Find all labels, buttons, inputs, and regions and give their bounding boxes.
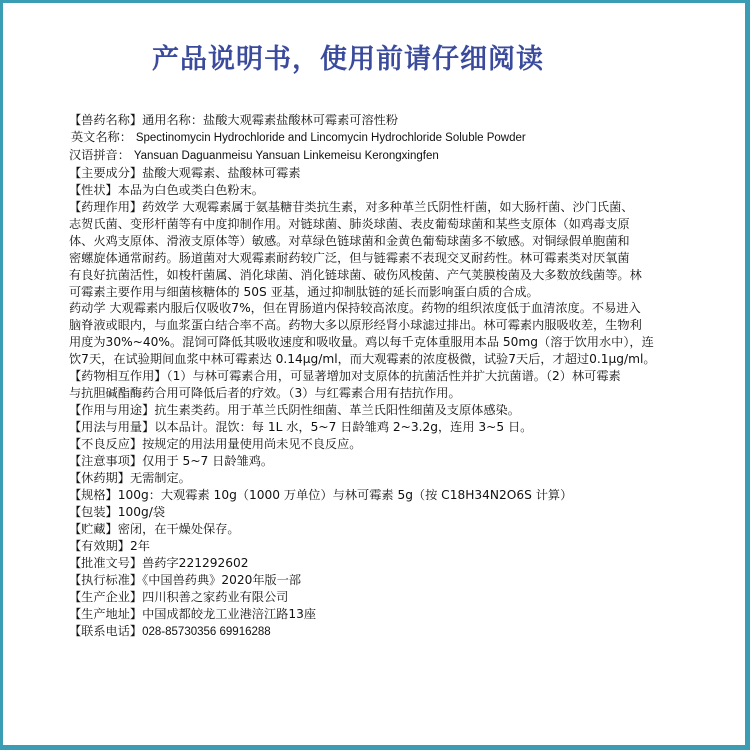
label-approval-number: 【批准文号】 bbox=[69, 556, 142, 570]
appearance: 本品为白色或类白色粉末。 bbox=[118, 183, 264, 197]
ingredients: 盐酸大观霉素、盐酸林可霉素 bbox=[142, 166, 300, 180]
pharmacology-line: 密螺旋体通常耐药。肠道菌对大观霉素耐药较广泛，但与链霉素不表现交叉耐药性。林可霉… bbox=[69, 250, 737, 267]
section-pharmacology: 【药理作用】药效学 大观霉素属于氨基糖苷类抗生素，对多种革兰氏阴性杆菌，如大肠杆… bbox=[69, 199, 737, 369]
section-pinyin-name: 汉语拼音： Yansuan Daguanmeisu Yansuan Linkem… bbox=[69, 147, 737, 165]
interaction-line: 与抗胆碱酯酶药合用可降低后者的疗效。（3）与红霉素合用有拮抗作用。 bbox=[69, 385, 737, 402]
section-adverse-reactions: 【不良反应】按规定的用法用量使用尚未见不良反应。 bbox=[69, 436, 737, 453]
section-storage: 【贮藏】密闭，在干燥处保存。 bbox=[69, 521, 737, 538]
section-specification: 【规格】100g：大观霉素 10g（1000 万单位）与林可霉素 5g（按 C1… bbox=[69, 487, 737, 504]
pharmacokinetics-line: 饮7天，在试验期间血浆中林可霉素达 0.14μg/ml，而大观霉素的浓度极微，试… bbox=[69, 351, 737, 368]
manufacturer: 四川积善之家药业有限公司 bbox=[142, 590, 288, 604]
pinyin-name: Yansuan Daguanmeisu Yansuan Linkemeisu K… bbox=[134, 150, 439, 162]
phone: 028-85730356 69916288 bbox=[142, 626, 271, 638]
english-name: Spectinomycin Hydrochloride and Lincomyc… bbox=[136, 132, 526, 144]
adverse-reactions: 按规定的用法用量使用尚未见不良反应。 bbox=[142, 437, 361, 451]
expiry: 2年 bbox=[130, 539, 150, 553]
pharmacokinetics-line: 脑脊液或眼内，与血浆蛋白结合率不高。药物大多以原形经肾小球滤过排出。林可霉素内服… bbox=[69, 317, 737, 334]
section-appearance: 【性状】本品为白色或类白色粉末。 bbox=[69, 182, 737, 199]
label-specification: 【规格】 bbox=[69, 488, 118, 502]
label-ingredients: 【主要成分】 bbox=[69, 166, 142, 180]
section-address: 【生产地址】中国成都皎龙工业港涪江路13座 bbox=[69, 606, 737, 623]
storage: 密闭，在干燥处保存。 bbox=[118, 522, 240, 536]
pharmacology-line: 药效学 大观霉素属于氨基糖苷类抗生素，对多种革兰氏阴性杆菌，如大肠杆菌、沙门氏菌… bbox=[142, 200, 633, 214]
label-pinyin-name: 汉语拼音： bbox=[69, 148, 130, 162]
section-approval-number: 【批准文号】兽药字221292602 bbox=[69, 555, 737, 572]
section-interactions: 【药物相互作用】（1）与林可霉素合用，可显著增加对支原体的抗菌活性并扩大抗菌谱。… bbox=[69, 368, 737, 402]
section-precautions: 【注意事项】仅用于 5~7 日龄雏鸡。 bbox=[69, 453, 737, 470]
label-storage: 【贮藏】 bbox=[69, 522, 118, 536]
generic-name: 通用名称：盐酸大观霉素盐酸林可霉素可溶性粉 bbox=[142, 113, 398, 127]
pharmacology-line: 有良好抗菌活性，如梭杆菌属、消化球菌、消化链球菌、破伤风梭菌、产气荚膜梭菌及大多… bbox=[69, 267, 737, 284]
section-dosage: 【用法与用量】以本品计。混饮：每 1L 水，5~7 日龄雏鸡 2~3.2g，连用… bbox=[69, 419, 737, 436]
label-precautions: 【注意事项】 bbox=[69, 454, 142, 468]
document-frame: 产品说明书，使用前请仔细阅读 【兽药名称】通用名称：盐酸大观霉素盐酸林可霉素可溶… bbox=[0, 0, 750, 750]
pharmacology-line: 体、火鸡支原体、滑液支原体等）敏感。对草绿色链球菌和金黄色葡萄球菌多不敏感。对铜… bbox=[69, 233, 737, 250]
label-drug-name: 【兽药名称】 bbox=[69, 113, 142, 127]
pharmacokinetics-line: 药动学 大观霉素内服后仅吸收7%，但在胃肠道内保持较高浓度。药物的组织浓度低于血… bbox=[69, 300, 737, 317]
instruction-body: 【兽药名称】通用名称：盐酸大观霉素盐酸林可霉素可溶性粉 英文名称： Specti… bbox=[69, 112, 737, 641]
section-ingredients: 【主要成分】盐酸大观霉素、盐酸林可霉素 bbox=[69, 165, 737, 182]
label-package: 【包装】 bbox=[69, 505, 118, 519]
dosage: 以本品计。混饮：每 1L 水，5~7 日龄雏鸡 2~3.2g，连用 3~5 日。 bbox=[154, 420, 532, 434]
section-manufacturer: 【生产企业】四川积善之家药业有限公司 bbox=[69, 589, 737, 606]
label-standard: 【执行标准】 bbox=[69, 573, 142, 587]
label-adverse-reactions: 【不良反应】 bbox=[69, 437, 142, 451]
indication: 抗生素类药。用于革兰氏阴性细菌、革兰氏阳性细菌及支原体感染。 bbox=[154, 403, 520, 417]
approval-number: 兽药字221292602 bbox=[142, 556, 248, 570]
page-title: 产品说明书，使用前请仔细阅读 bbox=[3, 37, 750, 76]
label-english-name: 英文名称： bbox=[71, 130, 132, 144]
pharmacokinetics-line: 用度为30%~40%。混饲可降低其吸收速度和吸收量。鸡以每千克体重服用本品 50… bbox=[69, 334, 737, 351]
label-appearance: 【性状】 bbox=[69, 183, 118, 197]
label-pharmacology: 【药理作用】 bbox=[69, 200, 142, 214]
pharmacology-line: 志贺氏菌、变形杆菌等有中度抑制作用。对链球菌、肺炎球菌、表皮葡萄球菌和某些支原体… bbox=[69, 216, 737, 233]
label-manufacturer: 【生产企业】 bbox=[69, 590, 142, 604]
label-interactions: 【药物相互作用】 bbox=[69, 369, 167, 383]
label-address: 【生产地址】 bbox=[69, 607, 142, 621]
label-indication: 【作用与用途】 bbox=[69, 403, 154, 417]
section-expiry: 【有效期】2年 bbox=[69, 538, 737, 555]
section-package: 【包装】100g/袋 bbox=[69, 504, 737, 521]
label-expiry: 【有效期】 bbox=[69, 539, 130, 553]
section-drug-name: 【兽药名称】通用名称：盐酸大观霉素盐酸林可霉素可溶性粉 bbox=[69, 112, 737, 129]
precautions: 仅用于 5~7 日龄雏鸡。 bbox=[142, 454, 273, 468]
section-indication: 【作用与用途】抗生素类药。用于革兰氏阴性细菌、革兰氏阳性细菌及支原体感染。 bbox=[69, 402, 737, 419]
address: 中国成都皎龙工业港涪江路13座 bbox=[142, 607, 316, 621]
label-phone: 【联系电话】 bbox=[69, 624, 142, 638]
section-english-name: 英文名称： Spectinomycin Hydrochloride and Li… bbox=[69, 129, 737, 147]
pharmacology-line: 可霉素主要作用与细菌核糖体的 50S 亚基，通过抑制肽链的延长而影响蛋白质的合成… bbox=[69, 284, 737, 301]
standard: 《中国兽药典》2020年版一部 bbox=[142, 573, 301, 587]
withdrawal: 无需制定。 bbox=[130, 471, 191, 485]
label-dosage: 【用法与用量】 bbox=[69, 420, 154, 434]
label-withdrawal: 【休药期】 bbox=[69, 471, 130, 485]
package: 100g/袋 bbox=[118, 505, 165, 519]
specification: 100g：大观霉素 10g（1000 万单位）与林可霉素 5g（按 C18H34… bbox=[118, 488, 573, 502]
interaction-line: （1）与林可霉素合用，可显著增加对支原体的抗菌活性并扩大抗菌谱。（2）林可霉素 bbox=[167, 369, 621, 383]
section-standard: 【执行标准】《中国兽药典》2020年版一部 bbox=[69, 572, 737, 589]
section-phone: 【联系电话】028-85730356 69916288 bbox=[69, 623, 737, 641]
section-withdrawal: 【休药期】无需制定。 bbox=[69, 470, 737, 487]
